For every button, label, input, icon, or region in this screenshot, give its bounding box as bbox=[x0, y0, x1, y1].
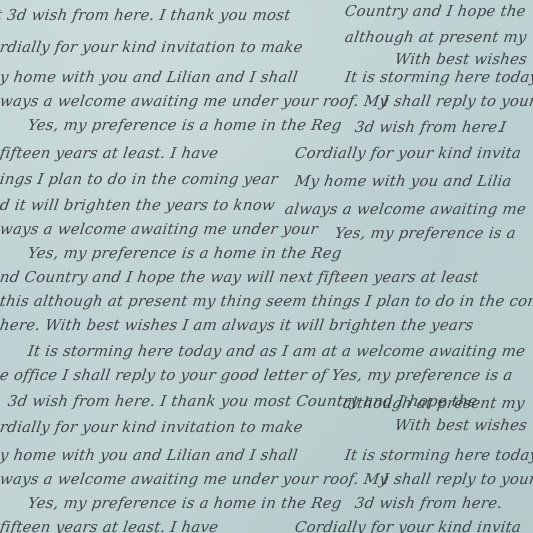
handwritten-line: Cordially for your kind invita bbox=[294, 144, 523, 162]
handwritten-line: fifteen years at least. I have bbox=[0, 518, 220, 533]
handwritten-line: Yes, my preference is a bbox=[334, 224, 517, 242]
handwritten-line: although at present my bbox=[344, 28, 528, 46]
handwritten-line: ways a welcome awaiting me under your ro… bbox=[0, 470, 389, 488]
handwritten-line: although at present my bbox=[342, 394, 526, 412]
handwritten-line: 3d wish from here. bbox=[354, 494, 504, 512]
handwritten-line: With best wishes bbox=[394, 416, 529, 434]
handwritten-line: d it will brighten the years to know bbox=[0, 196, 276, 214]
handwritten-line: ways a welcome awaiting me under your bbox=[0, 220, 319, 238]
handwritten-line: 3d wish from here. bbox=[354, 118, 504, 136]
handwritten-letter-paper: t 3d wish from here. I thank you mostCou… bbox=[0, 0, 533, 533]
handwritten-line: I bbox=[499, 118, 508, 136]
handwritten-line: I shall reply to your bbox=[382, 470, 533, 488]
handwritten-line: ways a welcome awaiting me under your ro… bbox=[0, 92, 389, 110]
handwritten-line: y home with you and Lilian and I shall bbox=[0, 68, 299, 86]
handwritten-line: this although at present my thing seem t… bbox=[0, 292, 533, 310]
handwritten-line: Yes, my preference is a home in the Reg bbox=[27, 244, 343, 262]
handwritten-line: It is storming here today bbox=[344, 446, 533, 464]
handwritten-line: here. With best wishes I am always it wi… bbox=[0, 316, 475, 334]
handwritten-line: Yes, my preference is a home in the Reg bbox=[27, 116, 343, 134]
handwritten-line: Country and I hope the bbox=[344, 2, 527, 20]
handwritten-line: rdially for your kind invitation to make bbox=[0, 38, 304, 56]
handwritten-line: e office I shall reply to your good lett… bbox=[0, 366, 514, 384]
handwritten-line: y home with you and Lilian and I shall bbox=[0, 446, 299, 464]
handwritten-line: ings I plan to do in the coming year bbox=[0, 170, 279, 188]
handwritten-line: fifteen years at least. I have bbox=[0, 144, 220, 162]
handwritten-line: It is storming here today and as I am at… bbox=[27, 342, 527, 360]
handwritten-line: With best wishes bbox=[394, 50, 529, 68]
handwritten-line: My home with you and Lilia bbox=[294, 172, 513, 190]
handwritten-line: t 3d wish from here. I thank you most bbox=[0, 6, 292, 24]
handwritten-line: always a welcome awaiting me bbox=[284, 200, 528, 218]
handwritten-line: rdially for your kind invitation to make bbox=[0, 418, 304, 436]
handwritten-line: It is storming here today bbox=[344, 68, 533, 86]
handwritten-line: Yes, my preference is a home in the Reg bbox=[27, 494, 343, 512]
handwritten-line: Cordially for your kind invita bbox=[294, 518, 523, 533]
handwritten-line: nd Country and I hope the way will next … bbox=[0, 268, 480, 286]
handwritten-line: I shall reply to your bbox=[382, 92, 533, 110]
